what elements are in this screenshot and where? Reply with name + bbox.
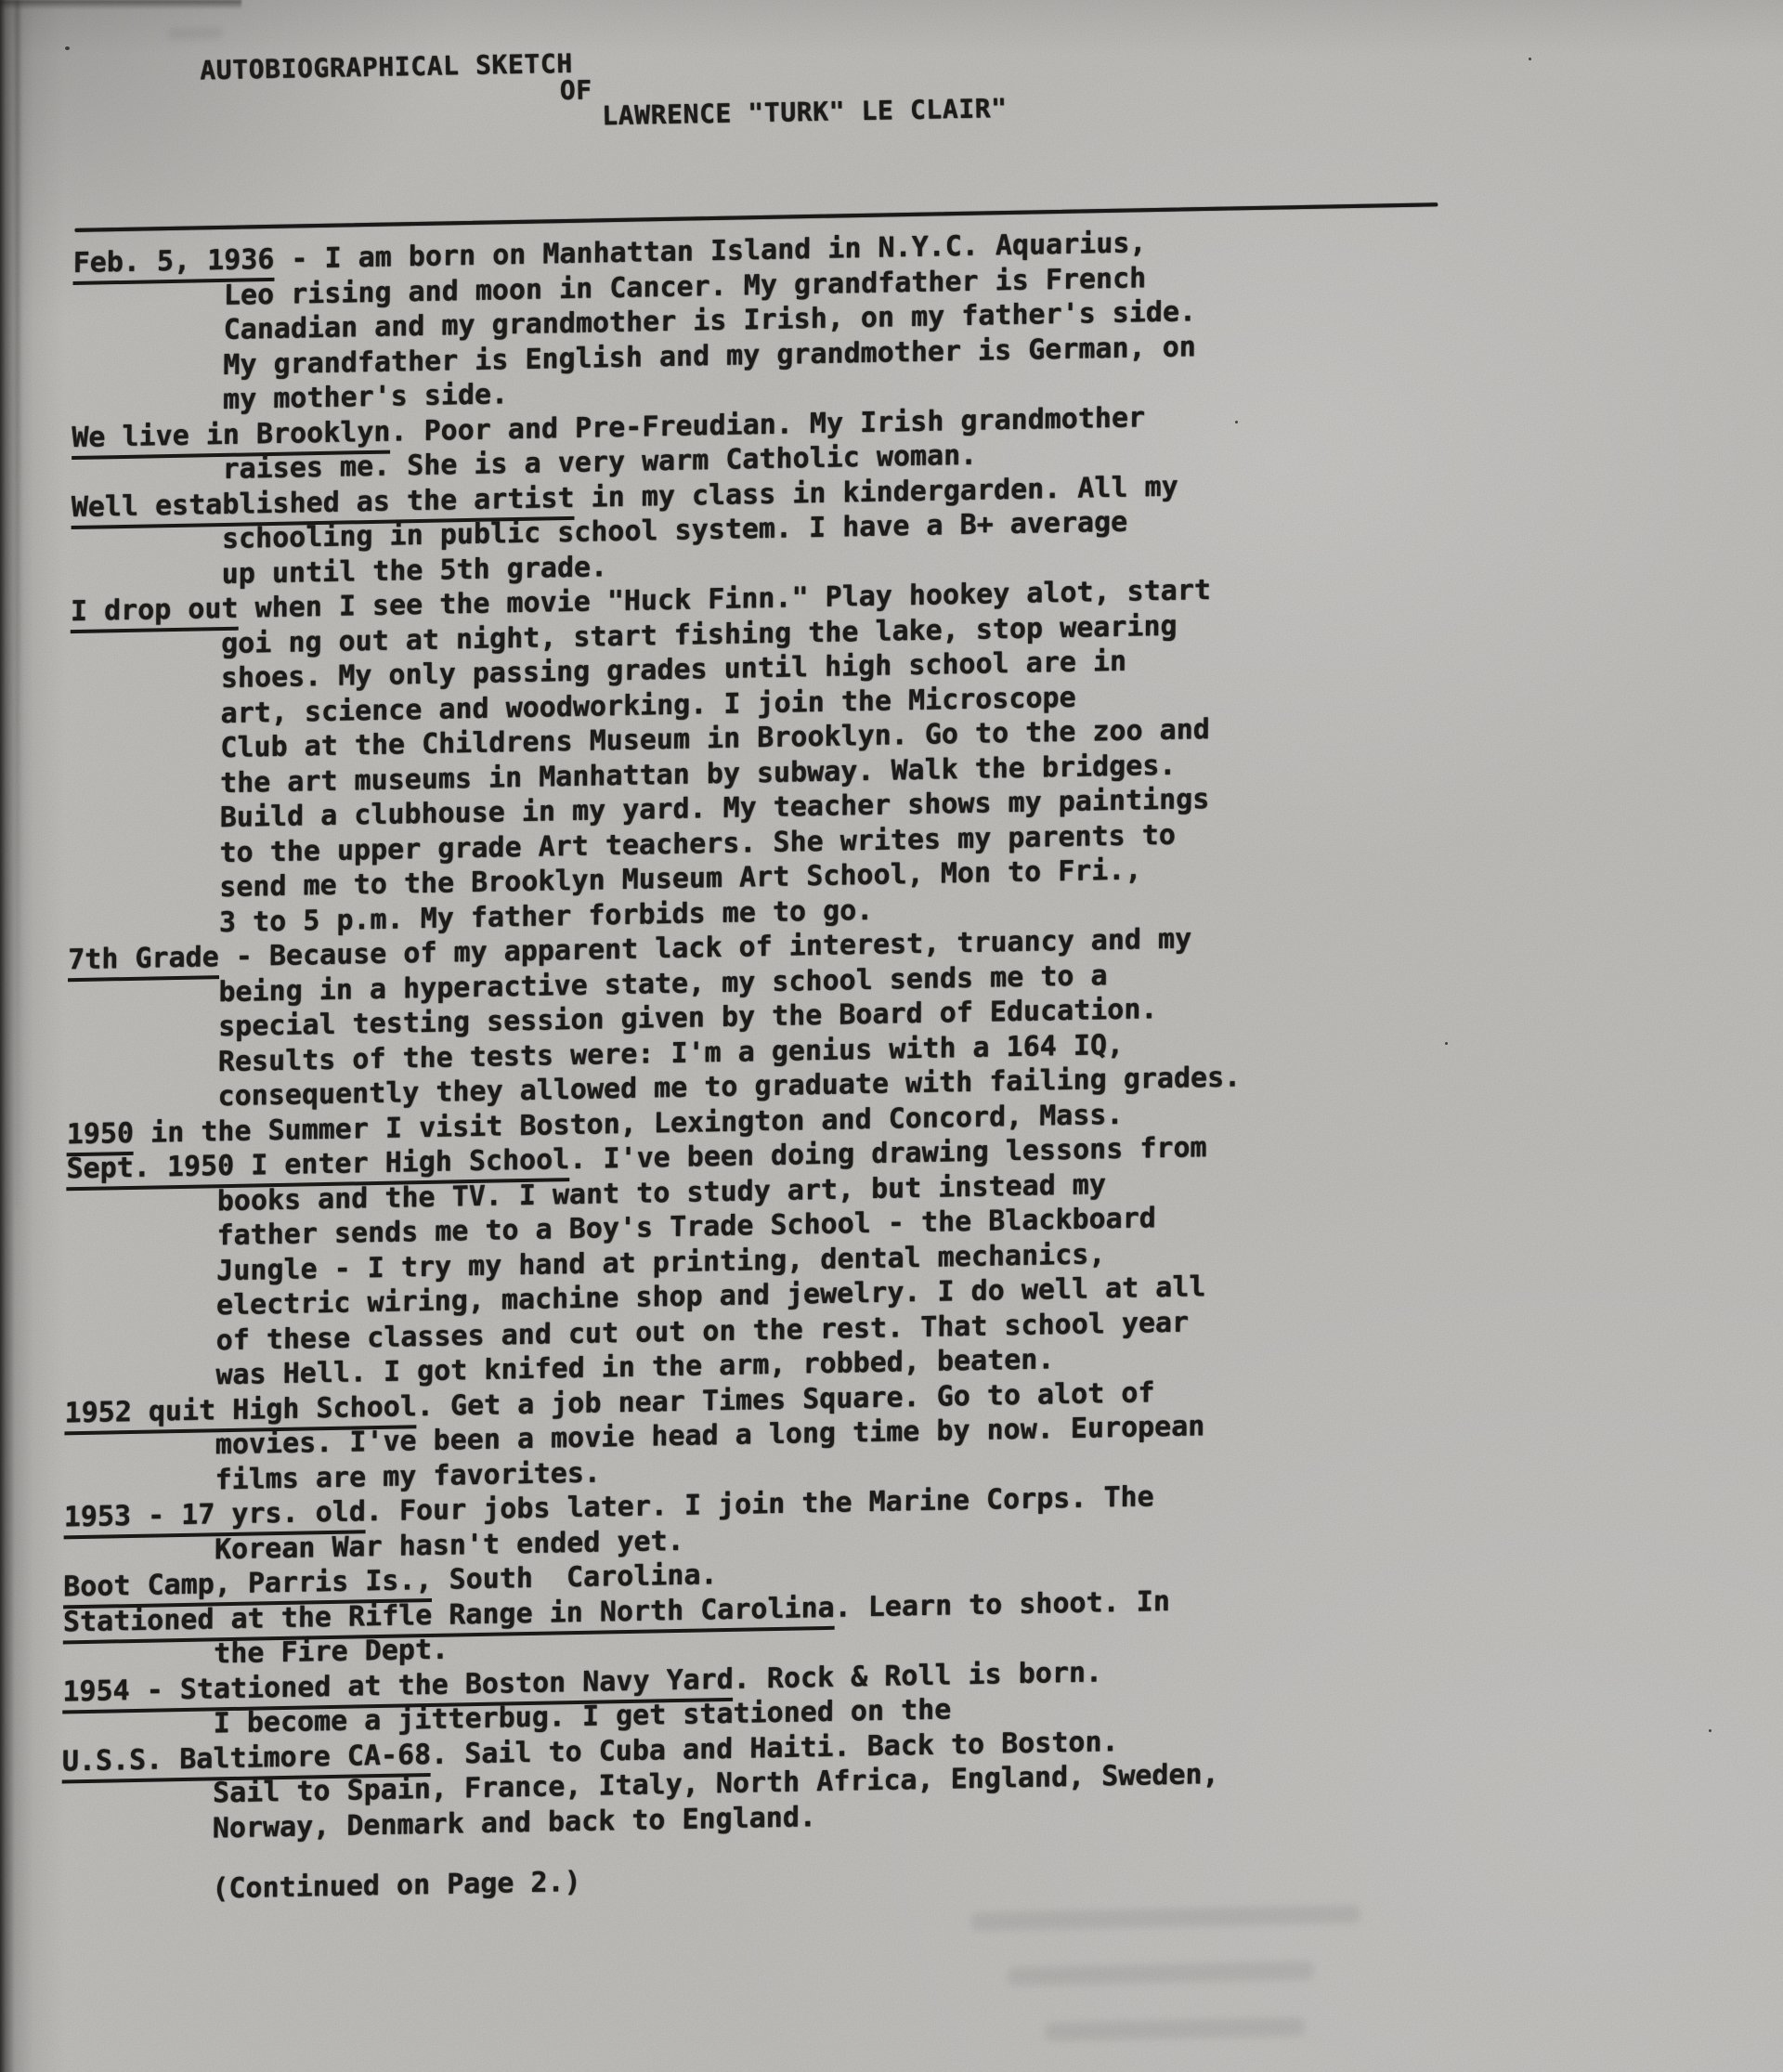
entry: Sept. 1950 I enter High School. I've bee… bbox=[65, 1125, 1516, 1396]
document-title: AUTOBIOGRAPHICAL SKETCH bbox=[200, 48, 573, 86]
entry: 7th Grade - Because of my apparent lack … bbox=[67, 916, 1516, 1117]
entry: I drop out when I see the movie "Huck Fi… bbox=[68, 567, 1518, 944]
entry-rest: . Rock & Roll is born. bbox=[734, 1656, 1103, 1696]
page-left-edge-shadow bbox=[0, 0, 65, 2072]
entry-lead: 7th Grade bbox=[68, 941, 219, 982]
bleed-through-smudge bbox=[1045, 2017, 1305, 2041]
entry-rest: South Carolina. bbox=[432, 1558, 717, 1596]
typewritten-sheet: AUTOBIOGRAPHICAL SKETCH OF LAWRENCE "TUR… bbox=[70, 31, 1521, 199]
paper-speck bbox=[1445, 1042, 1448, 1045]
bleed-through-smudge bbox=[1008, 1961, 1314, 1987]
page-top-edge-shadow bbox=[0, 0, 241, 9]
document-title-name: LAWRENCE "TURK" LE CLAIR" bbox=[602, 93, 1008, 131]
paper-speck bbox=[65, 46, 70, 50]
continued-footer-note: (Continued on Page 2.) bbox=[61, 1847, 1510, 1909]
paper-speck bbox=[1529, 58, 1531, 60]
bleed-through-smudge bbox=[970, 1905, 1360, 1932]
paper-speck bbox=[1235, 421, 1238, 424]
bleed-through-smudge bbox=[167, 27, 223, 39]
paper-speck bbox=[1709, 1729, 1711, 1732]
entries-list: Feb. 5, 1936 - I am born on Manhattan Is… bbox=[61, 219, 1522, 1909]
page-crease-shadow bbox=[15, 0, 20, 1207]
entry-lead: I drop out bbox=[71, 593, 239, 633]
scanned-document-page: AUTOBIOGRAPHICAL SKETCH OF LAWRENCE "TUR… bbox=[0, 0, 1783, 2072]
entry-rest: . Learn to shoot. In bbox=[835, 1584, 1170, 1623]
entry: Feb. 5, 1936 - I am born on Manhattan Is… bbox=[72, 219, 1521, 421]
document-title-of: OF bbox=[559, 74, 592, 106]
